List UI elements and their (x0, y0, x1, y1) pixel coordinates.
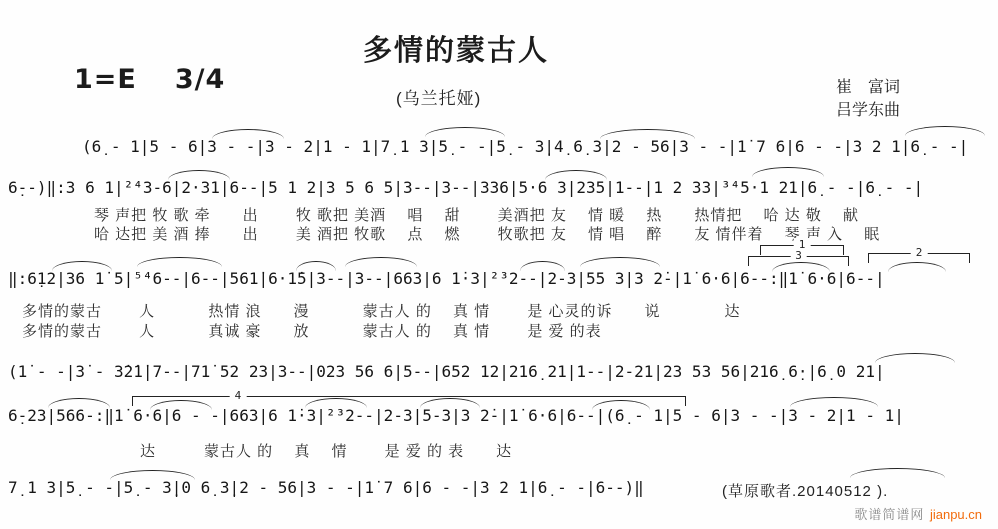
notation-line-5: 6̣-23|566-:‖1̇ 6·6|6 - -|663|6 1̇·3|²³2-… (8, 406, 904, 425)
sheet-music-page: 1=E 3/4 多情的蒙古人 (乌兰托娅) 崔 富词 吕学东曲 (6̣ - 1|… (0, 0, 998, 529)
volta-label-4: 4 (230, 389, 247, 402)
lyrics-verse2-line2: 多情的蒙古 人 真诚 豪 放 蒙古人 的 真 情 是 爱 的表 (22, 320, 602, 341)
volta-label-2: 2 (911, 246, 928, 259)
performer-name: (乌兰托娅) (396, 84, 481, 109)
slur-arc (790, 397, 878, 407)
slur-arc (545, 170, 607, 180)
slur-arc (168, 170, 230, 180)
slur-arc (888, 262, 946, 272)
slur-arc (520, 261, 565, 271)
site-watermark: 歌谱简谱网 jianpu.cn (854, 504, 982, 523)
time-signature: 3/4 (175, 64, 225, 95)
key-time-signature: 1=E 3/4 (74, 64, 225, 95)
notation-line-6: 7̣ 1 3|5̣ - -|5̣ - 3̣|0 6̣ 3̣|2 - 56|3 -… (8, 478, 644, 497)
slur-arc (600, 129, 695, 139)
slur-arc (52, 261, 112, 271)
notation-line-4: (1̇ - -|3̇ - 3̇2̇1̇|7--|71̇ 52 23|3--|02… (8, 362, 885, 381)
song-title: 多情的蒙古人 (363, 28, 549, 69)
slur-arc (580, 257, 660, 267)
volta-label-3: 3 (790, 249, 807, 262)
slur-arc (212, 129, 284, 139)
uploader-annotation: (草原歌者.20140512 ). (722, 480, 888, 501)
notation-line-2: 6̣--)‖:3 6 1|²⁴3-6|2·31|6--|5 1 2|3 5 6 … (8, 178, 923, 197)
slur-arc (850, 468, 945, 478)
lyricist-credit: 崔 富词 (836, 76, 900, 99)
lyrics-verse1-line1: 琴 声把 牧 歌 牵 出 牧 歌把 美酒 唱 甜 美酒把 友 情 暖 热 热情把… (94, 204, 859, 225)
slur-arc (296, 261, 336, 271)
notation-line-3: ‖:6̣12|36 1̇ 5|⁵⁴6--|6--|561̇|6·1̇5|3--|… (8, 269, 885, 288)
composer-credit: 吕学东曲 (836, 99, 900, 122)
slur-arc (425, 127, 505, 137)
slur-arc (905, 126, 985, 136)
slur-arc (137, 257, 222, 267)
lyrics-coda-line: 达 蒙古人 的 真 情 是 爱 的 表 达 (140, 440, 512, 461)
slur-arc (345, 257, 417, 267)
slur-arc (110, 470, 195, 480)
watermark-site-url[interactable]: jianpu.cn (930, 507, 982, 522)
slur-arc (48, 398, 110, 408)
slur-arc (752, 167, 824, 177)
key-signature: 1=E (74, 64, 137, 95)
lyrics-verse2-line1: 哈 达把 美 酒 捧 出 美 酒把 牧歌 点 燃 牧歌把 友 情 唱 醉 友 情… (94, 223, 880, 244)
watermark-site-name: 歌谱简谱网 (854, 507, 924, 522)
slur-arc (875, 353, 955, 363)
lyrics-verse1-line2: 多情的蒙古 人 热情 浪 漫 蒙古人 的 真 情 是 心灵的诉 说 达 (22, 300, 741, 321)
notation-line-1: (6̣ - 1|5 - 6|3 - -|3 - 2|1 - 1|7̣ 1 3|5… (82, 137, 968, 156)
credits-block: 崔 富词 吕学东曲 (836, 76, 900, 122)
